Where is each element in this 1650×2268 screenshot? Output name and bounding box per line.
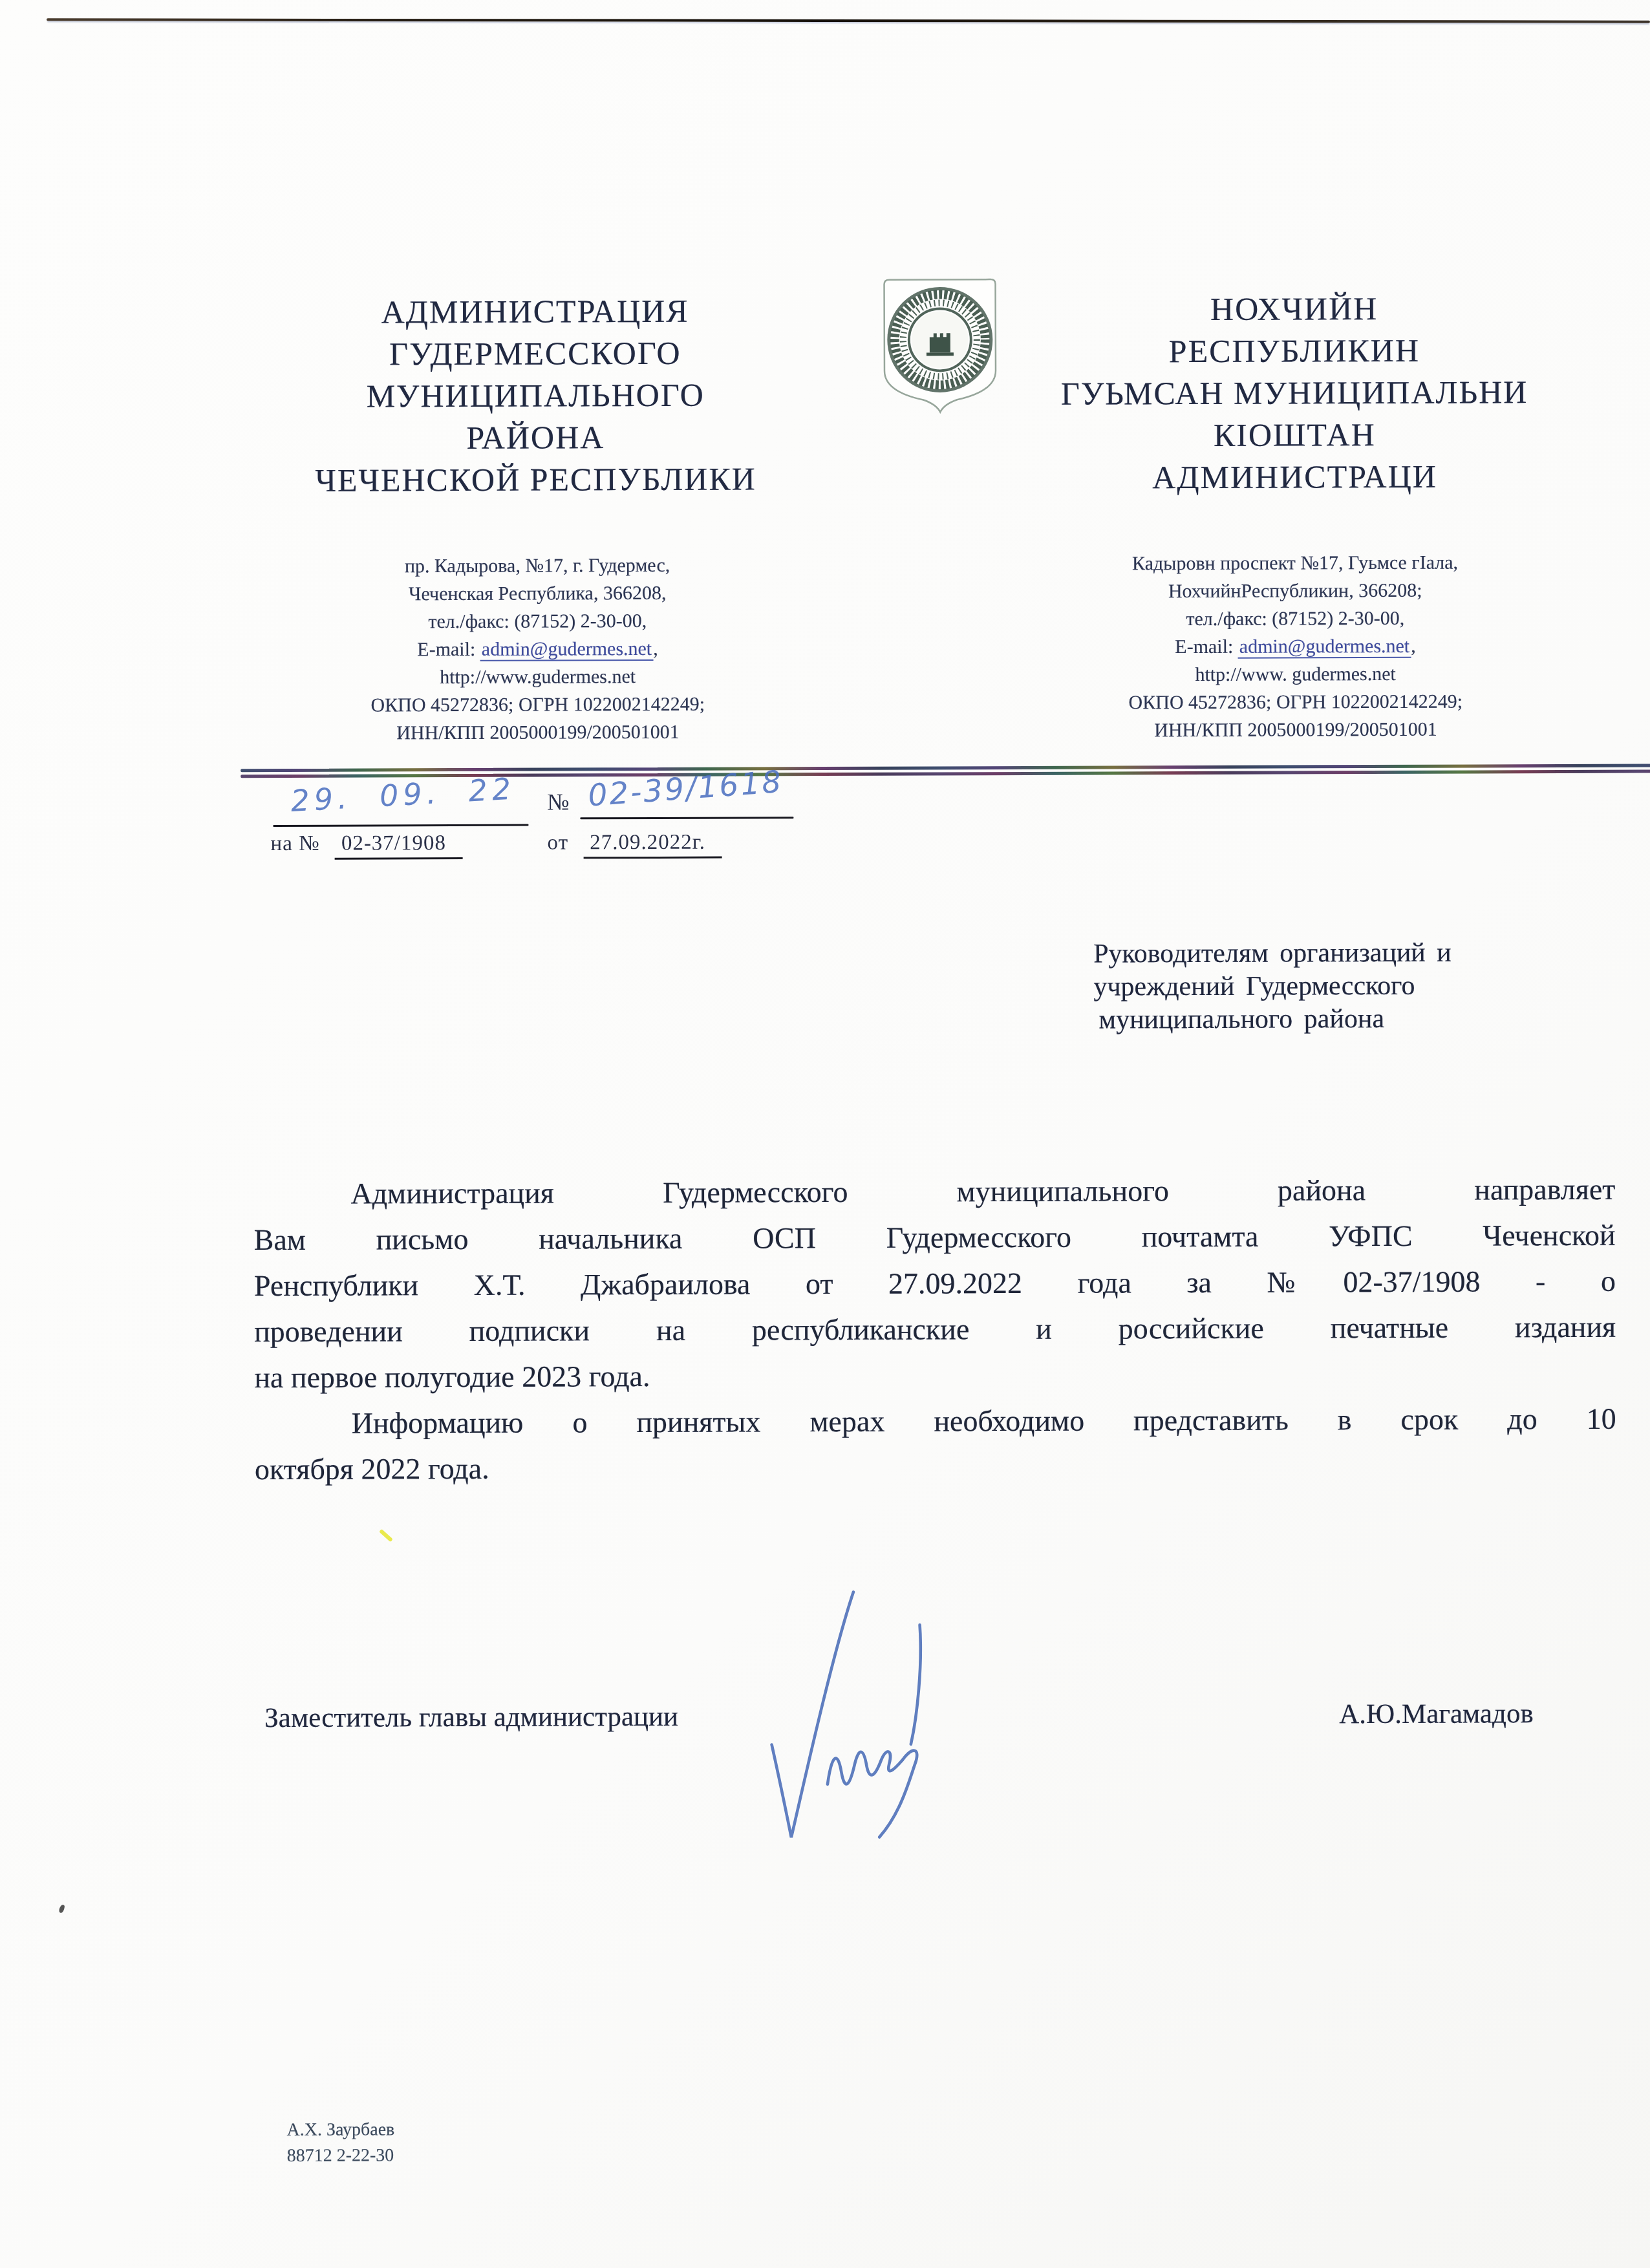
address-line: Чеченская Республика, 366208, <box>279 579 796 608</box>
executor-name: А.Х. Заурбаев <box>286 2117 394 2143</box>
org-name-line: ГУДЕРМЕССКОГО <box>252 332 819 376</box>
body-line: Ренспублики Х.Т. Джабраилова от 27.09.20… <box>254 1258 1616 1309</box>
addressee-line: Руководителям организаций и <box>1093 936 1585 971</box>
body-line: Вам письмо начальника ОСП Гудермесского … <box>254 1212 1616 1263</box>
body-line: проведении подписки на республиканские и… <box>254 1304 1616 1354</box>
org-name-line: ГУЬМСАН МУНИЦИПАЛЬНИ <box>1007 371 1581 415</box>
body-line: Информацию о принятых мерах необходимо п… <box>255 1396 1616 1446</box>
coat-of-arms-icon <box>877 276 1002 418</box>
website-line: http://www. gudermes.net <box>1009 659 1583 689</box>
email-after: , <box>653 638 658 659</box>
org-address-russian: пр. Кадырова, №17, г. Гудермес, Чеченска… <box>279 551 797 747</box>
body-line: Администрация Гудермесского муниципально… <box>253 1166 1615 1217</box>
address-line-email: E-mail: admin@gudermes.net, <box>279 634 796 664</box>
date-prefix-label: от <box>547 831 568 854</box>
body-line: октября 2022 года. <box>255 1442 1616 1492</box>
signature-scribble <box>743 1577 1002 1843</box>
address-line: НохчийнРеспубликин, 366208; <box>1008 576 1582 606</box>
scan-artifact-ink-speck <box>58 1904 65 1914</box>
org-address-chechen: Кадыровн проспект №17, Гуьмсе гІала, Нох… <box>1008 548 1583 745</box>
scan-artifact-top-line <box>47 18 1650 23</box>
org-name-russian: АДМИНИСТРАЦИЯ ГУДЕРМЕССКОГО МУНИЦИПАЛЬНО… <box>252 290 819 502</box>
reply-date-line: от 27.09.2022г. <box>547 831 722 855</box>
reply-reference-line: на № 02-37/1908 <box>270 831 463 856</box>
signer-name: А.Ю.Магамадов <box>1339 1698 1534 1730</box>
address-line: пр. Кадырова, №17, г. Гудермес, <box>279 551 796 581</box>
email-address: admin@gudermes.net <box>480 638 654 661</box>
org-name-line: РЕСПУБЛИКИН <box>1007 329 1581 373</box>
executor-block: А.Х. Заурбаев 88712 2-22-30 <box>286 2117 394 2169</box>
registry-line: ИНН/КПП 2005000199/200501001 <box>1009 715 1583 745</box>
address-line: Кадыровн проспект №17, Гуьмсе гІала, <box>1008 548 1582 578</box>
executor-phone: 88712 2-22-30 <box>287 2143 395 2169</box>
org-name-line: АДМИНИСТРАЦИЯ <box>252 290 819 334</box>
registry-line: ОКПО 45272836; ОГРН 1022002142249; <box>1009 687 1583 717</box>
registry-line: ИНН/КПП 2005000199/200501001 <box>279 718 797 747</box>
scanned-letter-page: АДМИНИСТРАЦИЯ ГУДЕРМЕССКОГО МУНИЦИПАЛЬНО… <box>0 0 1650 2268</box>
org-name-line: ЧЕЧЕНСКОЙ РЕСПУБЛИКИ <box>252 458 819 502</box>
addressee-line: учреждений Гудермесского <box>1093 969 1585 1004</box>
body-line: на первое полугодие 2023 года. <box>254 1350 1616 1400</box>
signer-position-title: Заместитель главы администрации <box>264 1701 678 1734</box>
number-underline <box>580 817 793 819</box>
reply-reference-number: 02-37/1908 <box>335 831 463 860</box>
address-line: тел./факс: (87152) 2-30-00, <box>279 606 796 636</box>
addressee-block: Руководителям организаций и учреждений Г… <box>1093 936 1585 1037</box>
email-label: E-mail: <box>417 639 480 660</box>
org-name-line: АДМИНИСТРАЦИ <box>1007 455 1581 499</box>
org-name-line: РАЙОНА <box>252 416 819 460</box>
reply-reference-date: 27.09.2022г. <box>583 831 722 859</box>
addressee-line: муниципального района <box>1098 1002 1585 1037</box>
address-line: тел./факс: (87152) 2-30-00, <box>1008 604 1582 634</box>
email-address: admin@gudermes.net <box>1238 636 1411 659</box>
org-name-chechen: НОХЧИЙН РЕСПУБЛИКИН ГУЬМСАН МУНИЦИПАЛЬНИ… <box>1007 287 1582 499</box>
scan-artifact-yellow-mark <box>379 1529 393 1543</box>
letter-body: Администрация Гудермесского муниципально… <box>253 1166 1616 1492</box>
email-label: E-mail: <box>1175 636 1238 658</box>
org-name-line: МУНИЦИПАЛЬНОГО <box>252 374 819 418</box>
org-name-line: НОХЧИЙН <box>1007 287 1581 331</box>
address-line-email: E-mail: admin@gudermes.net, <box>1008 632 1582 661</box>
date-underline <box>273 824 528 827</box>
org-name-line: КІОШТАН <box>1007 413 1581 457</box>
number-sign-label: № <box>547 788 570 815</box>
website-line: http://www.gudermes.net <box>279 662 797 692</box>
email-after: , <box>1411 636 1416 657</box>
registry-line: ОКПО 45272836; ОГРН 1022002142249; <box>279 690 797 720</box>
reply-prefix-label: на № <box>270 832 319 855</box>
